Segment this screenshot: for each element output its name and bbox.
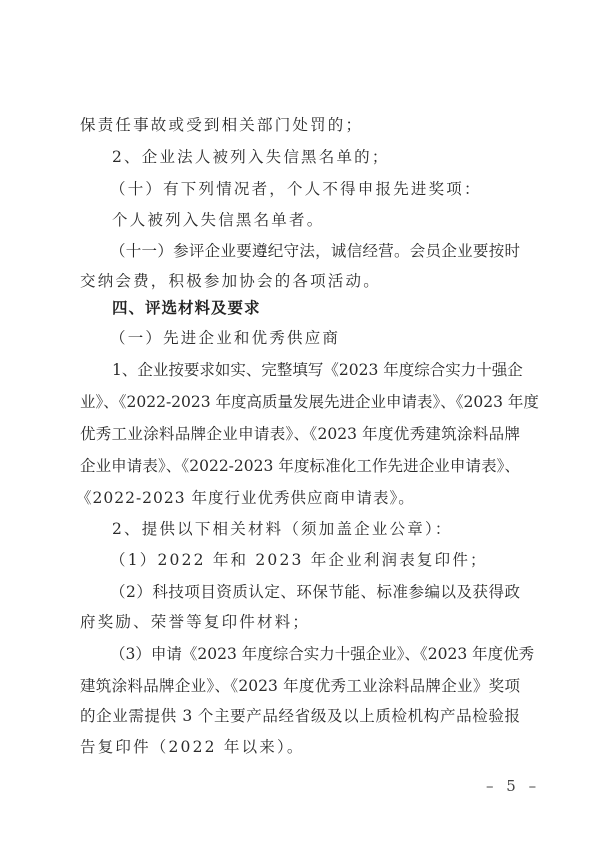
list-item: （1）2022 年和 2023 年企业利润表复印件； (110, 550, 520, 570)
paragraph-line: 的企业需提供 3 个主要产品经省级及以上质检机构产品检验报 (80, 706, 520, 726)
paragraph-line: 《2022-2023 年度行业优秀供应商申请表》。 (76, 488, 516, 508)
list-item: （3）申请《2023 年度综合实力十强企业》、《2023 年度优秀 (110, 644, 520, 664)
page-number: – 5 – (486, 777, 540, 795)
paragraph-line: 业》、《2022-2023 年度高质量发展先进企业申请表》、《2023 年度 (80, 392, 520, 412)
section-heading: 四、评选材料及要求 (112, 298, 520, 318)
list-item: 2、企业法人被列入失信黑名单的； (112, 147, 520, 167)
paragraph-line: 建筑涂料品牌企业》、《2023 年度优秀工业涂料品牌企业》奖项 (80, 676, 520, 696)
paragraph-line: 交纳会费，积极参加协会的各项活动。 (80, 271, 520, 291)
paragraph-line: 企业申请表》、《2022-2023 年度标准化工作先进企业申请表》、 (80, 456, 520, 476)
section-item: （十）有下列情况者，个人不得申报先进奖项： (110, 179, 520, 199)
section-item: （十一）参评企业要遵纪守法，诚信经营。会员企业要按时 (110, 241, 520, 261)
list-item: 2、提供以下相关材料（须加盖企业公章）： (112, 519, 520, 539)
document-page: 保责任事故或受到相关部门处罚的； 2、企业法人被列入失信黑名单的； （十）有下列… (0, 0, 600, 848)
paragraph-line: 保责任事故或受到相关部门处罚的； (80, 115, 520, 135)
paragraph-line: 府奖励、荣誉等复印件材料； (80, 612, 520, 632)
list-item: （2）科技项目资质认定、环保节能、标准参编以及获得政 (110, 582, 520, 602)
paragraph-line: 告复印件（2022 年以来）。 (80, 737, 520, 757)
paragraph-line: 优秀工业涂料品牌企业申请表》、《2023 年度优秀建筑涂料品牌 (80, 424, 520, 444)
paragraph-line: 1、企业按要求如实、完整填写《2023 年度综合实力十强企 (112, 360, 520, 380)
paragraph-line: 个人被列入失信黑名单者。 (112, 210, 520, 230)
subsection-heading: （一）先进企业和优秀供应商 (110, 328, 520, 348)
